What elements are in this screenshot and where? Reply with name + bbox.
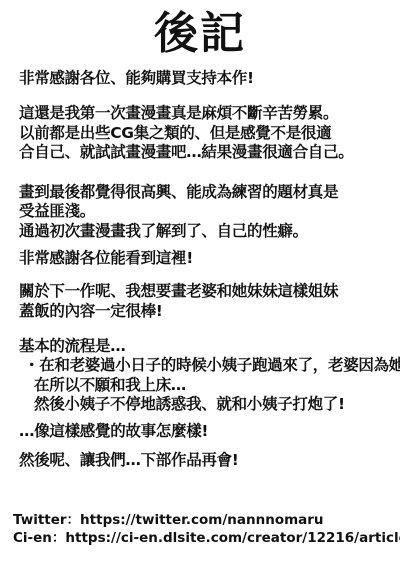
- paragraph-line: 關於下一作呢、我想要畫老婆和她妹妹這樣姐妹: [19, 281, 338, 301]
- thanks-line: 非常感謝各位、能夠購買支持本作!: [19, 68, 254, 88]
- flow-line: 在所以不願和我上床…: [34, 375, 186, 395]
- paragraph-line: …像這樣感覺的故事怎麼樣!: [19, 421, 208, 441]
- closing-line: 然後呢、讓我們…下部作品再會!: [19, 450, 239, 470]
- paragraph-line: 畫到最後都覺得很高興、能成為練習的題材真是: [19, 182, 338, 202]
- paragraph-line: 這還是我第一次畫漫畫真是麻煩不斷辛苦勞累。: [19, 103, 338, 123]
- twitter-link[interactable]: Twitter：https://twitter.com/nannnomaru: [13, 511, 324, 529]
- page-title: 後記: [0, 8, 400, 60]
- flow-bullet-line: ・在和老婆過小日子的時候小姨子跑過來了，老婆因為她妹妹: [24, 355, 400, 375]
- paragraph-line: 通過初次畫漫畫我了解到了、自己的性癖。: [19, 221, 308, 241]
- paragraph-line: 蓋飯的內容一定很棒!: [19, 301, 163, 321]
- cien-link[interactable]: Ci-en：https://ci-en.dlsite.com/creator/1…: [13, 529, 400, 547]
- paragraph-line: 受益匪淺。: [19, 201, 95, 221]
- flow-heading: 基本的流程是…: [19, 336, 125, 356]
- paragraph-line: 合自己、就試試畫漫畫吧…結果漫畫很適合自己。: [19, 142, 353, 162]
- paragraph-line: 以前都是出些CG集之類的、但是感覺不是很適: [19, 123, 331, 143]
- flow-line: 然後小姨子不停地誘惑我、就和小姨子打炮了!: [34, 394, 345, 414]
- thanks2-line: 非常感謝各位能看到這裡!: [19, 248, 193, 268]
